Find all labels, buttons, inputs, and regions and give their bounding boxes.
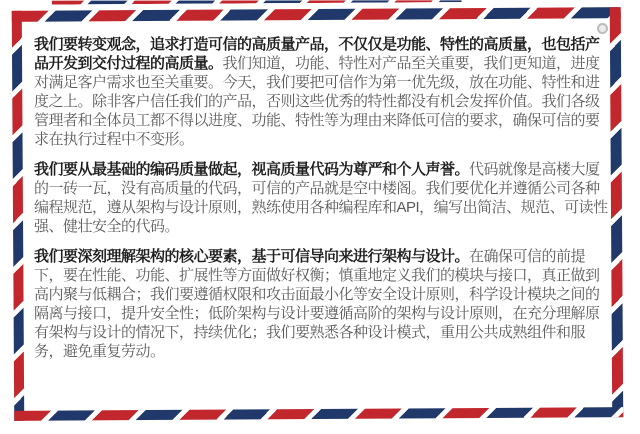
paragraph-architecture: 我们要深刻理解架构的核心要素，基于可信导向来进行架构与设计。在确保可信的前提下，… [34, 247, 610, 361]
paragraph-lead: 我们要从最基础的编码质量做起，视高质量代码为尊严和个人声誉。 [34, 161, 469, 178]
airmail-border-bottom [14, 407, 623, 421]
letter-text: 我们要转变观念，追求打造可信的高质量产品，不仅仅是功能、特性的高质量，也包括产品… [34, 35, 610, 372]
paragraph-lead: 我们要深刻理解架构的核心要素，基于可信导向来进行架构与设计。 [34, 248, 469, 265]
airmail-border-right [610, 7, 624, 417]
circle-watermark-icon [597, 23, 608, 34]
airmail-border-top-sliver [52, 0, 462, 5]
airmail-border-left [12, 11, 25, 421]
paragraph-coding: 我们要从最基础的编码质量做起，视高质量代码为尊严和个人声誉。代码就像是高楼大厦的… [34, 160, 610, 236]
paragraph-quality: 我们要转变观念，追求打造可信的高质量产品，不仅仅是功能、特性的高质量，也包括产品… [34, 35, 610, 149]
letter-article-image: 我们要转变观念，追求打造可信的高质量产品，不仅仅是功能、特性的高质量，也包括产品… [0, 0, 640, 434]
airmail-border-top [12, 7, 621, 22]
